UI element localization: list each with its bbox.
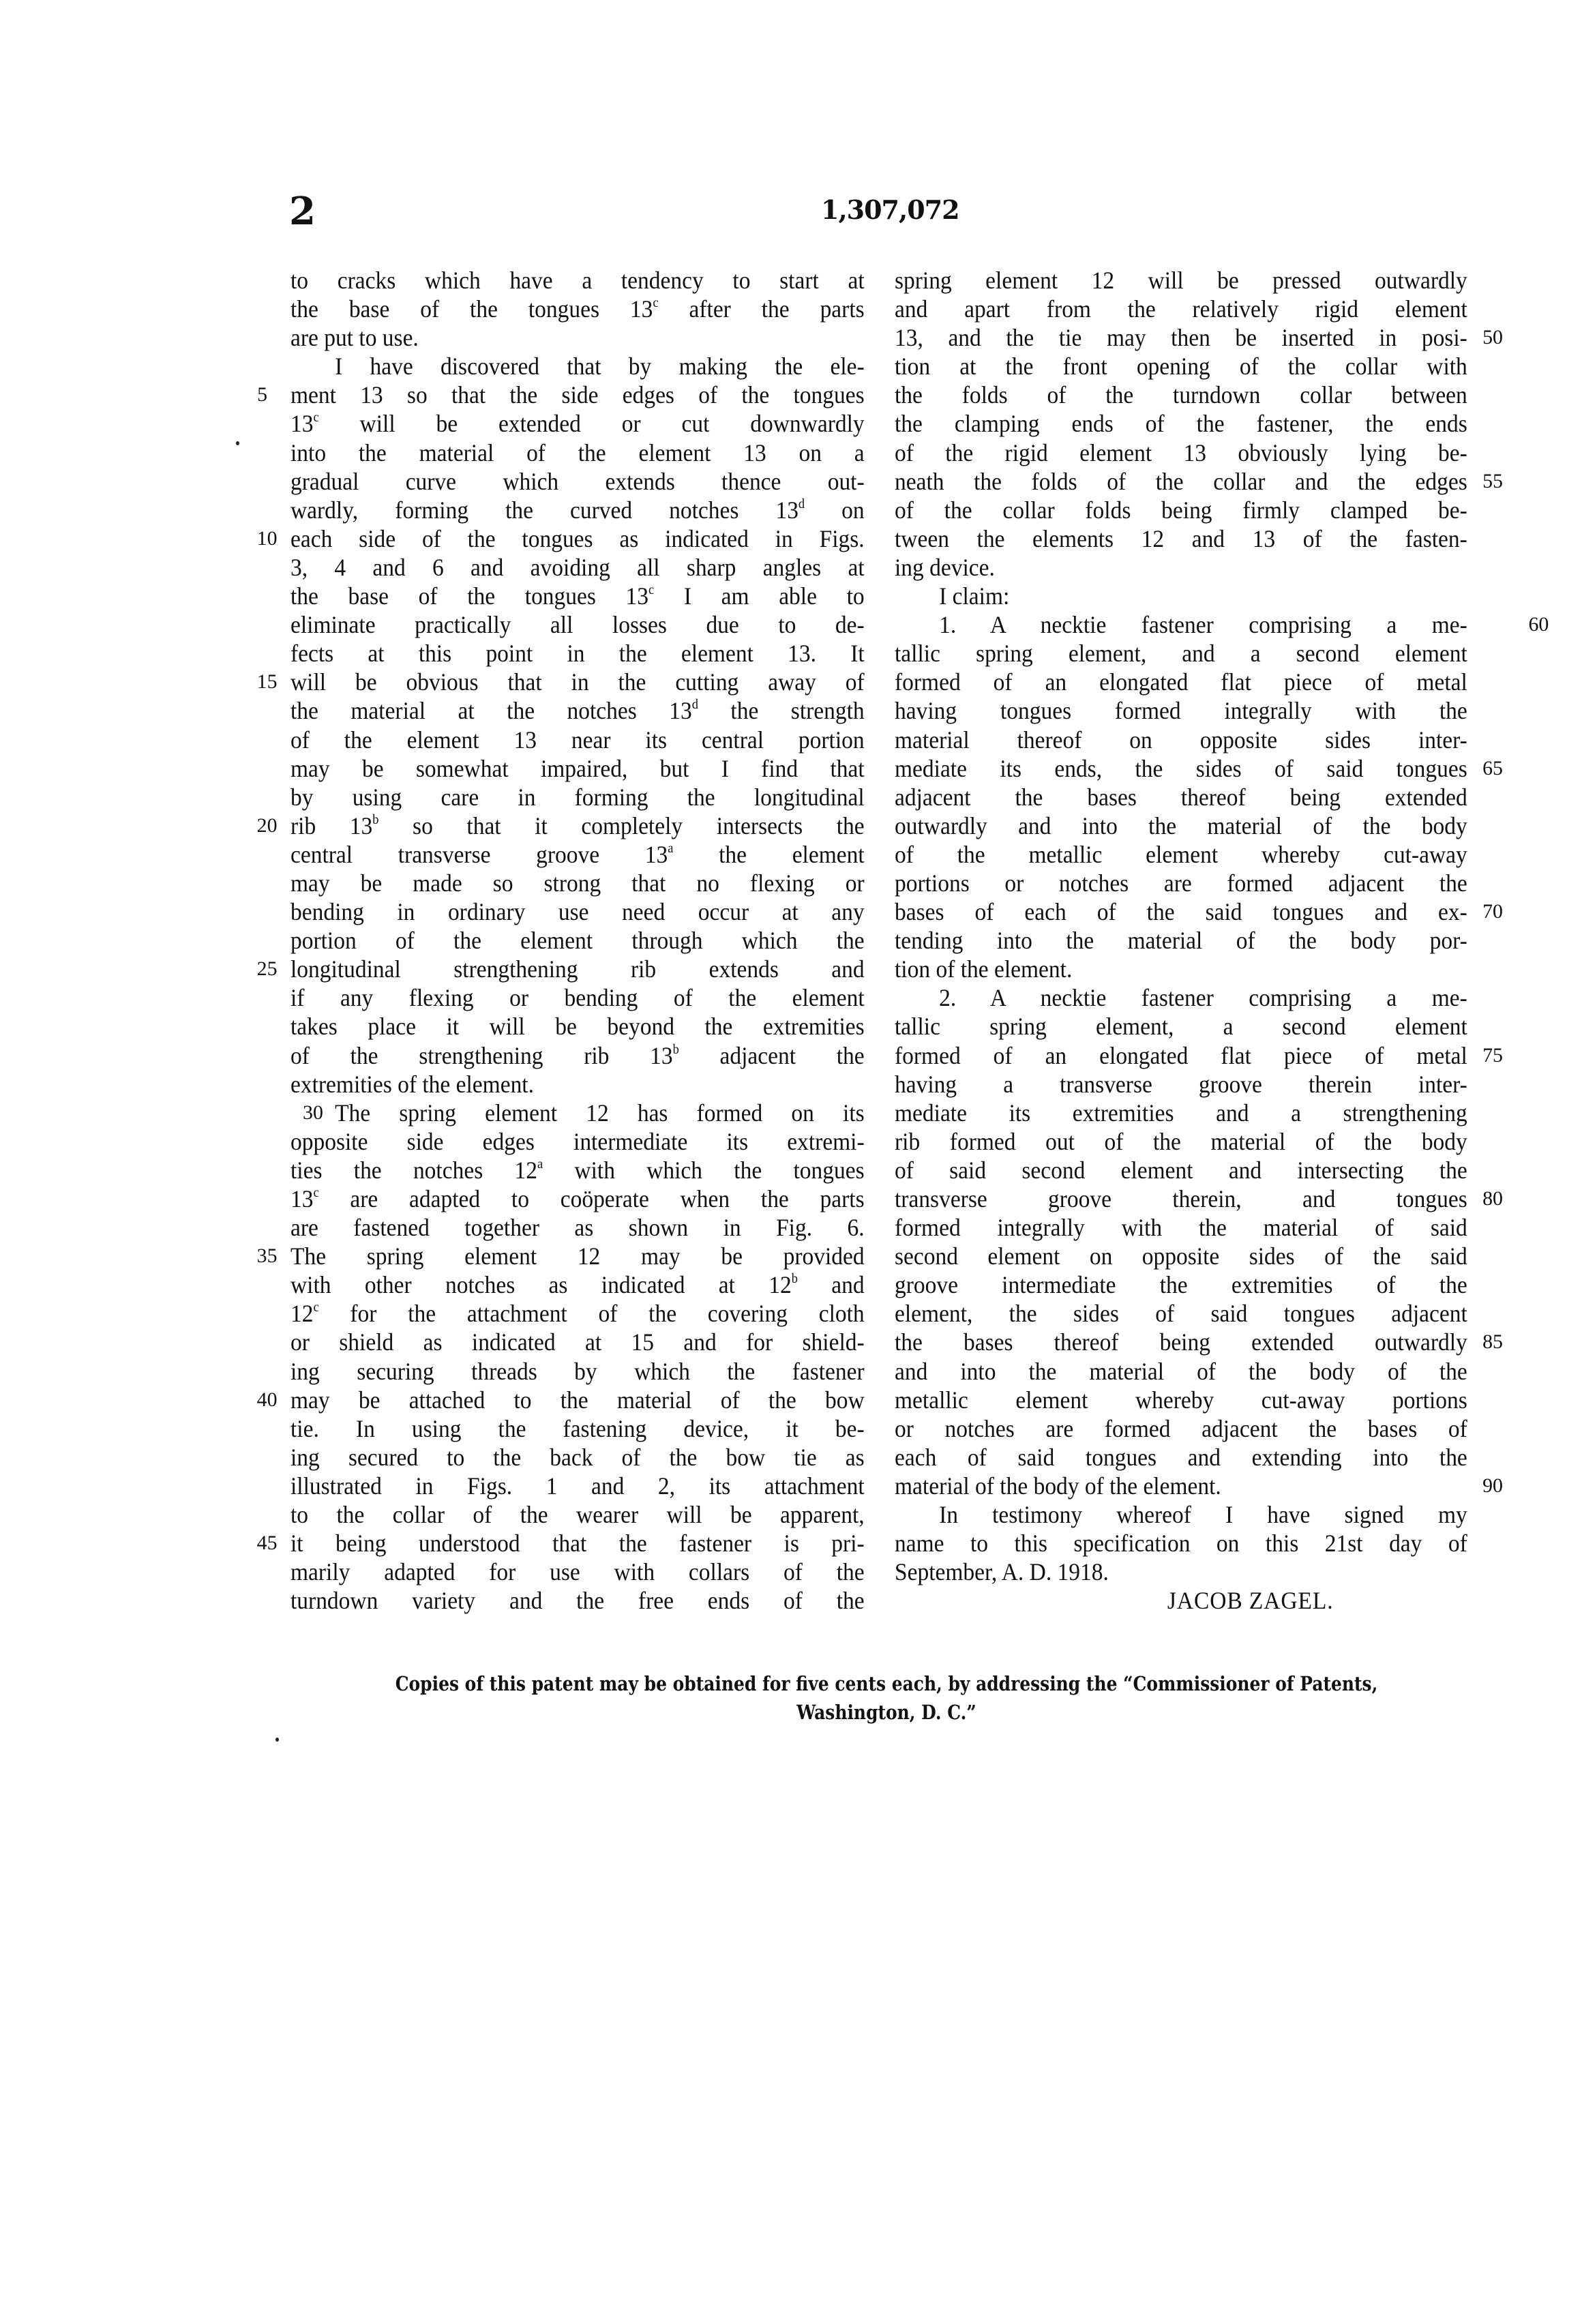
text-line-content: rib formed out of the material of the bo… — [895, 1128, 1467, 1155]
text-line: of the strengthening rib 13b adjacent th… — [290, 1041, 865, 1070]
text-line: ing securing threads by which the fasten… — [290, 1357, 865, 1386]
text-line: each side of the tongues as indicated in… — [290, 524, 865, 553]
text-line-content: of said second element and intersecting … — [895, 1157, 1467, 1184]
text-line-content: portions or notches are formed adjacent … — [895, 869, 1467, 897]
text-line-content: to cracks which have a tendency to start… — [290, 267, 865, 294]
text-line: 3, 4 and 6 and avoiding all sharp angles… — [290, 553, 865, 582]
text-line-content: bases of each of the said tongues and ex… — [895, 898, 1467, 925]
margin-line-number: 60 — [1481, 610, 1549, 639]
text-line: September, A. D. 1918. — [895, 1558, 1467, 1586]
text-line-content: formed of an elongated flat piece of met… — [895, 668, 1467, 696]
text-line-content: to the collar of the wearer will be appa… — [290, 1501, 865, 1528]
text-line: I have discovered that by making the ele… — [290, 352, 865, 381]
text-line: tallic spring element, and a second elem… — [895, 639, 1467, 668]
footer-line-1: Copies of this patent may be obtained fo… — [300, 1669, 1473, 1698]
text-line-content: bending in ordinary use need occur at an… — [290, 898, 865, 925]
text-line: are put to use. — [290, 323, 865, 352]
text-line-content: or notches are formed adjacent the bases… — [895, 1415, 1467, 1442]
text-line: may be attached to the material of the b… — [290, 1386, 865, 1414]
text-line-content: central transverse groove 13a the elemen… — [290, 841, 865, 868]
text-line-content: spring element 12 will be pressed outwar… — [895, 267, 1467, 294]
text-line: are fastened together as shown in Fig. 6… — [290, 1213, 865, 1242]
text-line: bending in ordinary use need occur at an… — [290, 897, 865, 926]
scan-speck — [275, 1738, 279, 1742]
text-line: gradual curve which extends thence out- — [290, 467, 865, 496]
text-line-content: or shield as indicated at 15 and for shi… — [290, 1328, 865, 1356]
text-line-content: the material at the notches 13d the stre… — [290, 697, 865, 724]
text-line: of the collar folds being firmly clamped… — [895, 496, 1467, 524]
text-line: of the element 13 near its central porti… — [290, 726, 865, 754]
text-line: The spring element 12 may be provided35 — [290, 1242, 865, 1270]
text-line-content: element, the sides of said tongues adjac… — [895, 1300, 1467, 1327]
text-line-content: may be attached to the material of the b… — [290, 1386, 865, 1414]
text-line-content: of the strengthening rib 13b adjacent th… — [290, 1042, 865, 1069]
text-line-content: tallic spring element, and a second elem… — [895, 640, 1467, 667]
text-line-content: longitudinal strengthening rib extends a… — [290, 955, 865, 983]
text-line-content: if any flexing or bending of the element — [290, 984, 865, 1011]
margin-line-number: 20 — [257, 811, 278, 840]
text-line: adjacent the bases thereof being extende… — [895, 783, 1467, 811]
text-line-content: it being understood that the fastener is… — [290, 1530, 865, 1557]
text-line-content: 3, 4 and 6 and avoiding all sharp angles… — [290, 554, 865, 581]
text-line-content: ing secured to the back of the bow tie a… — [290, 1444, 865, 1471]
text-line: and apart from the relatively rigid elem… — [895, 295, 1467, 323]
text-line: tween the elements 12 and 13 of the fast… — [895, 524, 1467, 553]
text-line-content: and apart from the relatively rigid elem… — [895, 295, 1467, 323]
margin-line-number: 25 — [257, 955, 278, 983]
text-line-content: transverse groove therein, and tongues — [895, 1185, 1467, 1212]
text-line: 13c are adapted to coöperate when the pa… — [290, 1185, 865, 1213]
text-line-content: of the collar folds being firmly clamped… — [895, 496, 1467, 524]
text-line: ing device. — [895, 553, 1467, 582]
text-line: 12c for the attachment of the covering c… — [290, 1299, 865, 1328]
text-line-content: the clamping ends of the fastener, the e… — [895, 410, 1467, 437]
text-line: or notches are formed adjacent the bases… — [895, 1414, 1467, 1443]
text-line-content: I claim: — [939, 582, 1009, 610]
text-line-content: the folds of the turndown collar between — [895, 381, 1467, 408]
text-line: formed of an elongated flat piece of met… — [895, 1041, 1467, 1070]
text-line-content: tween the elements 12 and 13 of the fast… — [895, 525, 1467, 552]
text-line-content: are put to use. — [290, 324, 419, 351]
text-line-content: the bases thereof being extended outward… — [895, 1328, 1467, 1356]
text-line: transverse groove therein, and tongues80 — [895, 1185, 1467, 1213]
text-line-content: marily adapted for use with collars of t… — [290, 1558, 865, 1585]
margin-line-number: 80 — [1482, 1185, 1503, 1213]
text-line-content: having a transverse groove therein inter… — [895, 1071, 1467, 1098]
text-line: with other notches as indicated at 12b a… — [290, 1270, 865, 1299]
text-line-content: turndown variety and the free ends of th… — [290, 1587, 865, 1614]
text-line-content: formed integrally with the material of s… — [895, 1214, 1467, 1241]
text-line: if any flexing or bending of the element — [290, 983, 865, 1012]
text-line-content: are fastened together as shown in Fig. 6… — [290, 1214, 865, 1241]
text-line: into the material of the element 13 on a — [290, 438, 865, 467]
text-line: illustrated in Figs. 1 and 2, its attach… — [290, 1472, 865, 1500]
text-line: tie. In using the fastening device, it b… — [290, 1414, 865, 1443]
text-line-content: formed of an elongated flat piece of met… — [895, 1042, 1467, 1069]
text-line-content: fects at this point in the element 13. I… — [290, 640, 865, 667]
margin-line-number: 45 — [257, 1529, 278, 1558]
text-line: 13, and the tie may then be inserted in … — [895, 323, 1467, 352]
text-line: material thereof on opposite sides inter… — [895, 726, 1467, 754]
text-line: 13c will be extended or cut downwardly — [290, 409, 865, 438]
text-line-content: second element on opposite sides of the … — [895, 1242, 1467, 1270]
text-line-content: neath the folds of the collar and the ed… — [895, 468, 1467, 495]
text-line: spring element 12 will be pressed outwar… — [895, 266, 1467, 295]
text-line-content: tallic spring element, a second element — [895, 1013, 1467, 1040]
text-line-content: 13c will be extended or cut downwardly — [290, 410, 865, 437]
patent-page: 2 1,307,072 to cracks which have a tende… — [0, 0, 1582, 2324]
text-line: extremities of the element. — [290, 1070, 865, 1099]
patent-number: 1,307,072 — [821, 196, 959, 224]
text-line-content: of the element 13 near its central porti… — [290, 726, 865, 754]
text-line-content: mediate its ends, the sides of said tong… — [895, 755, 1467, 782]
text-line: rib 13b so that it completely intersects… — [290, 811, 865, 840]
text-line: of said second element and intersecting … — [895, 1156, 1467, 1185]
margin-line-number: 50 — [1482, 323, 1503, 352]
text-line: rib formed out of the material of the bo… — [895, 1127, 1467, 1156]
text-line-content: illustrated in Figs. 1 and 2, its attach… — [290, 1472, 865, 1500]
text-line: 2. A necktie fastener comprising a me- — [895, 983, 1467, 1012]
text-line: groove intermediate the extremities of t… — [895, 1270, 1467, 1299]
text-line: formed integrally with the material of s… — [895, 1213, 1467, 1242]
text-line-content: 2. A necktie fastener comprising a me- — [939, 984, 1467, 1011]
text-line-content: The spring element 12 has formed on its — [335, 1099, 865, 1127]
text-line: may be made so strong that no flexing or — [290, 869, 865, 897]
text-line-content: each of said tongues and extending into … — [895, 1444, 1467, 1471]
margin-line-number: 35 — [257, 1242, 278, 1270]
margin-line-number: 30 — [255, 1099, 323, 1127]
text-line: eliminate practically all losses due to … — [290, 610, 865, 639]
text-line: having a transverse groove therein inter… — [895, 1070, 1467, 1099]
margin-line-number: 70 — [1482, 897, 1503, 926]
text-line-content: gradual curve which extends thence out- — [290, 468, 865, 495]
text-line: longitudinal strengthening rib extends a… — [290, 955, 865, 983]
text-line: the material at the notches 13d the stre… — [290, 696, 865, 725]
text-line-content: by using care in forming the longitudina… — [290, 784, 865, 811]
text-line: I claim: — [895, 582, 1467, 610]
text-line-content: of the metallic element whereby cut-away — [895, 841, 1467, 868]
text-line: each of said tongues and extending into … — [895, 1443, 1467, 1472]
text-line: may be somewhat impaired, but I find tha… — [290, 754, 865, 783]
text-line-content: portion of the element through which the — [290, 927, 865, 954]
text-line-content: may be somewhat impaired, but I find tha… — [290, 755, 865, 782]
text-line: takes place it will be beyond the extrem… — [290, 1012, 865, 1041]
text-line-content: tion of the element. — [895, 955, 1072, 983]
text-line: opposite side edges intermediate its ext… — [290, 1127, 865, 1156]
margin-line-number: 90 — [1482, 1472, 1503, 1500]
text-line: the folds of the turndown collar between — [895, 381, 1467, 409]
text-line-content: the base of the tongues 13c I am able to — [290, 582, 865, 610]
text-line: material of the body of the element.90 — [895, 1472, 1467, 1500]
text-line-content: having tongues formed integrally with th… — [895, 697, 1467, 724]
text-line-content: and into the material of the body of the — [895, 1358, 1467, 1385]
text-line: will be obvious that in the cutting away… — [290, 668, 865, 696]
text-line: by using care in forming the longitudina… — [290, 783, 865, 811]
text-line: bases of each of the said tongues and ex… — [895, 897, 1467, 926]
text-line: mediate its ends, the sides of said tong… — [895, 754, 1467, 783]
text-line-content: September, A. D. 1918. — [895, 1558, 1109, 1585]
text-line: ment 13 so that the side edges of the to… — [290, 381, 865, 409]
text-line: or shield as indicated at 15 and for shi… — [290, 1328, 865, 1356]
text-line-content: with other notches as indicated at 12b a… — [290, 1271, 865, 1298]
text-line: formed of an elongated flat piece of met… — [895, 668, 1467, 696]
text-line-content: 13, and the tie may then be inserted in … — [895, 324, 1467, 351]
text-line-content: 1. A necktie fastener comprising a me- — [939, 611, 1467, 638]
text-line-content: In testimony whereof I have signed my — [939, 1501, 1467, 1528]
text-line: to cracks which have a tendency to start… — [290, 266, 865, 295]
text-line: the bases thereof being extended outward… — [895, 1328, 1467, 1356]
footer-notice: Copies of this patent may be obtained fo… — [205, 1669, 1568, 1727]
text-line: mediate its extremities and a strengthen… — [895, 1099, 1467, 1127]
text-line-content: of the rigid element 13 obviously lying … — [895, 439, 1467, 466]
text-line-content: metallic element whereby cut-away portio… — [895, 1386, 1467, 1414]
text-line: 1. A necktie fastener comprising a me-60 — [895, 610, 1467, 639]
margin-line-number: 5 — [257, 381, 267, 409]
text-line: portions or notches are formed adjacent … — [895, 869, 1467, 897]
text-line: tion at the front opening of the collar … — [895, 352, 1467, 381]
text-line-content: ing securing threads by which the fasten… — [290, 1358, 865, 1385]
text-line-content: tion at the front opening of the collar … — [895, 353, 1467, 380]
margin-line-number: 55 — [1482, 467, 1503, 496]
left-text-column: to cracks which have a tendency to start… — [290, 266, 865, 1615]
text-line-content: takes place it will be beyond the extrem… — [290, 1013, 865, 1040]
text-line-content: the base of the tongues 13c after the pa… — [290, 295, 865, 323]
text-line-content: extremities of the element. — [290, 1071, 534, 1098]
text-line-content: opposite side edges intermediate its ext… — [290, 1128, 865, 1155]
text-line: central transverse groove 13a the elemen… — [290, 840, 865, 869]
margin-line-number: 65 — [1482, 754, 1503, 783]
text-line: In testimony whereof I have signed my — [895, 1500, 1467, 1529]
text-line: the base of the tongues 13c I am able to — [290, 582, 865, 610]
margin-line-number: 10 — [257, 524, 278, 553]
text-line: outwardly and into the material of the b… — [895, 811, 1467, 840]
text-line: wardly, forming the curved notches 13d o… — [290, 496, 865, 524]
text-line-content: The spring element 12 may be provided — [290, 1242, 865, 1270]
text-line-content: material of the body of the element. — [895, 1472, 1221, 1500]
margin-line-number: 85 — [1482, 1328, 1503, 1356]
text-line-content: name to this specification on this 21st … — [895, 1530, 1467, 1557]
text-line: ties the notches 12a with which the tong… — [290, 1156, 865, 1185]
text-line: element, the sides of said tongues adjac… — [895, 1299, 1467, 1328]
text-line: second element on opposite sides of the … — [895, 1242, 1467, 1270]
text-line: portion of the element through which the — [290, 926, 865, 955]
text-line: tending into the material of the body po… — [895, 926, 1467, 955]
text-line: the base of the tongues 13c after the pa… — [290, 295, 865, 323]
text-line-content: adjacent the bases thereof being extende… — [895, 784, 1467, 811]
text-line: and into the material of the body of the — [895, 1357, 1467, 1386]
text-line: metallic element whereby cut-away portio… — [895, 1386, 1467, 1414]
text-line-content: wardly, forming the curved notches 13d o… — [290, 496, 865, 524]
page-number: 2 — [289, 192, 314, 230]
text-line-content: ing device. — [895, 554, 995, 581]
margin-line-number: 40 — [257, 1386, 278, 1414]
text-line: ing secured to the back of the bow tie a… — [290, 1443, 865, 1472]
inventor-signature: JACOB ZAGEL. — [895, 1586, 1582, 1615]
footer-line-2: Washington, D. C.” — [300, 1698, 1473, 1727]
text-line-content: ties the notches 12a with which the tong… — [290, 1157, 865, 1184]
margin-line-number: 15 — [257, 668, 278, 696]
text-line: name to this specification on this 21st … — [895, 1529, 1467, 1558]
text-line: the clamping ends of the fastener, the e… — [895, 409, 1467, 438]
text-line: tion of the element. — [895, 955, 1467, 983]
text-line-content: groove intermediate the extremities of t… — [895, 1271, 1467, 1298]
text-line: having tongues formed integrally with th… — [895, 696, 1467, 725]
text-line-content: each side of the tongues as indicated in… — [290, 525, 865, 552]
text-line-content: 13c are adapted to coöperate when the pa… — [290, 1185, 865, 1212]
text-line-content: I have discovered that by making the ele… — [335, 353, 865, 380]
text-line: of the rigid element 13 obviously lying … — [895, 438, 1467, 467]
text-line-content: ment 13 so that the side edges of the to… — [290, 381, 865, 408]
text-line: to the collar of the wearer will be appa… — [290, 1500, 865, 1529]
text-line-content: tie. In using the fastening device, it b… — [290, 1415, 865, 1442]
right-text-column: spring element 12 will be pressed outwar… — [895, 266, 1467, 1615]
text-line-content: rib 13b so that it completely intersects… — [290, 812, 865, 839]
text-line-content: may be made so strong that no flexing or — [290, 869, 865, 897]
text-line-content: mediate its extremities and a strengthen… — [895, 1099, 1467, 1127]
text-line-content: will be obvious that in the cutting away… — [290, 668, 865, 696]
text-line-content: eliminate practically all losses due to … — [290, 611, 865, 638]
text-line: it being understood that the fastener is… — [290, 1529, 865, 1558]
scan-speck — [236, 441, 239, 445]
margin-line-number: 75 — [1482, 1041, 1503, 1070]
text-line-content: material thereof on opposite sides inter… — [895, 726, 1467, 754]
text-line: The spring element 12 has formed on its3… — [290, 1099, 865, 1127]
text-line-content: tending into the material of the body po… — [895, 927, 1467, 954]
text-line: neath the folds of the collar and the ed… — [895, 467, 1467, 496]
text-line: marily adapted for use with collars of t… — [290, 1558, 865, 1586]
text-line: of the metallic element whereby cut-away — [895, 840, 1467, 869]
text-line: fects at this point in the element 13. I… — [290, 639, 865, 668]
text-line-content: 12c for the attachment of the covering c… — [290, 1300, 865, 1327]
text-line: turndown variety and the free ends of th… — [290, 1586, 865, 1615]
text-line-content: outwardly and into the material of the b… — [895, 812, 1467, 839]
text-line-content: into the material of the element 13 on a — [290, 439, 865, 466]
text-line: tallic spring element, a second element — [895, 1012, 1467, 1041]
